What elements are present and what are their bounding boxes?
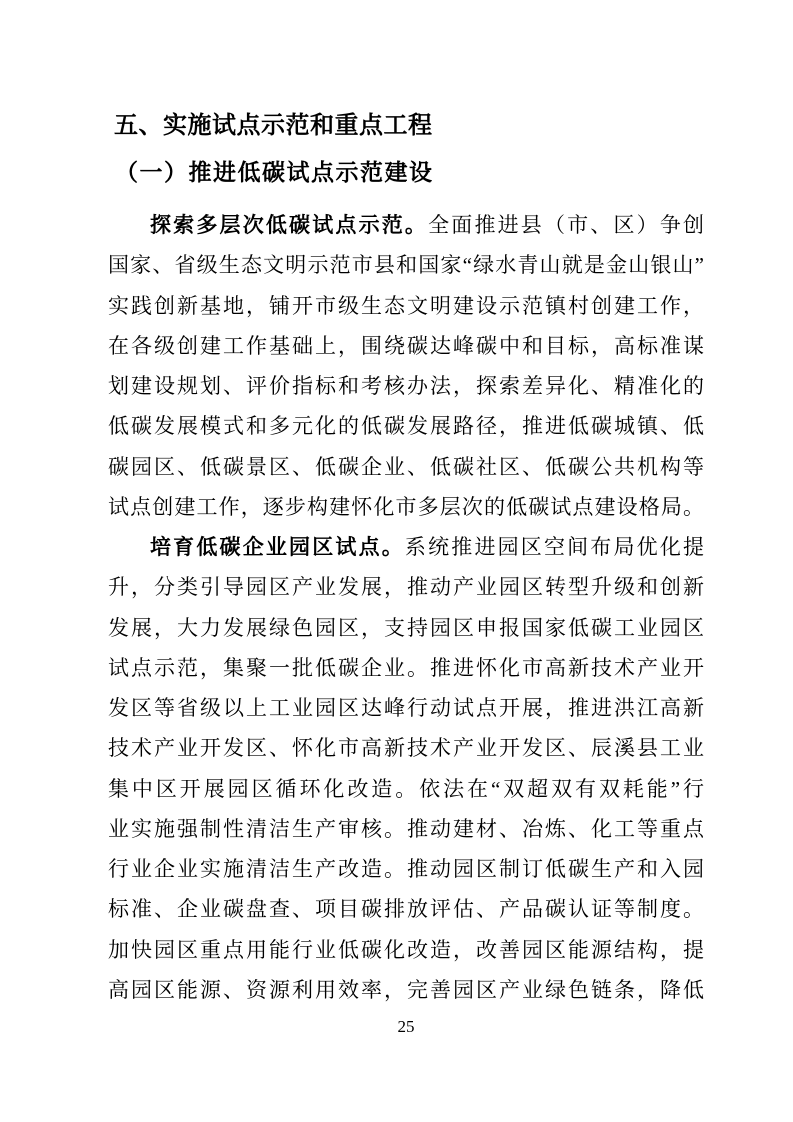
body-line: 标准、企业碳盘查、项目碳排放评估、产品碳认证等制度。	[108, 889, 704, 929]
subsection-heading: （一）推进低碳试点示范建设	[115, 157, 434, 188]
body-line: 在各级创建工作基础上，围绕碳达峰碳中和目标，高标准谋	[108, 326, 704, 366]
body-line: 业实施强制性清洁生产审核。推动建材、冶炼、化工等重点	[108, 809, 704, 849]
body-line: 高园区能源、资源利用效率，完善园区产业绿色链条，降低	[108, 970, 704, 1010]
page-number: 25	[108, 1016, 704, 1038]
section-heading: 五、实施试点示范和重点工程	[114, 110, 433, 142]
paragraph-1-lines: 国家、省级生态文明示范市县和国家“绿水青山就是金山银山” 实践创新基地，铺开市级…	[108, 245, 704, 527]
body-line: 加快园区重点用能行业低碳化改造，改善园区能源结构，提	[108, 930, 704, 970]
body-line: 实践创新基地，铺开市级生态文明建设示范镇村创建工作，	[108, 286, 704, 326]
body-line: 碳园区、低碳景区、低碳企业、低碳社区、低碳公共机构等	[108, 447, 704, 487]
paragraph-2-first-line: 培育低碳企业园区试点。系统推进园区空间布局优化提	[108, 527, 704, 567]
body-line: 试点示范，集聚一批低碳企业。推进怀化市高新技术产业开	[108, 648, 704, 688]
paragraph-1-first-line-text: 全面推进县（市、区）争创	[428, 213, 704, 237]
paragraph-2-lead: 培育低碳企业园区试点。	[150, 535, 405, 559]
body-line: 行业企业实施清洁生产改造。推动园区制订低碳生产和入园	[108, 849, 704, 889]
body-line: 国家、省级生态文明示范市县和国家“绿水青山就是金山银山”	[108, 245, 704, 285]
paragraph-2-lines: 升，分类引导园区产业发展，推动产业园区转型升级和创新 发展，大力发展绿色园区，支…	[108, 567, 704, 1010]
body-line: 发区等省级以上工业园区达峰行动试点开展，推进洪江高新	[108, 688, 704, 728]
body-line: 技术产业开发区、怀化市高新技术产业开发区、辰溪县工业	[108, 728, 704, 768]
body-text: 探索多层次低碳试点示范。全面推进县（市、区）争创 国家、省级生态文明示范市县和国…	[108, 205, 704, 1010]
paragraph-1-lead: 探索多层次低碳试点示范。	[150, 213, 428, 237]
document-page: 五、实施试点示范和重点工程 （一）推进低碳试点示范建设 探索多层次低碳试点示范。…	[0, 0, 793, 1122]
body-line: 划建设规划、评价指标和考核办法，探索差异化、精准化的	[108, 366, 704, 406]
body-line: 集中区开展园区循环化改造。依法在“双超双有双耗能”行	[108, 769, 704, 809]
body-line: 升，分类引导园区产业发展，推动产业园区转型升级和创新	[108, 567, 704, 607]
body-line: 试点创建工作，逐步构建怀化市多层次的低碳试点建设格局。	[108, 487, 704, 527]
body-line: 低碳发展模式和多元化的低碳发展路径，推进低碳城镇、低	[108, 406, 704, 446]
paragraph-1-first-line: 探索多层次低碳试点示范。全面推进县（市、区）争创	[108, 205, 704, 245]
body-line: 发展，大力发展绿色园区，支持园区申报国家低碳工业园区	[108, 608, 704, 648]
paragraph-2-first-line-text: 系统推进园区空间布局优化提	[405, 535, 704, 559]
